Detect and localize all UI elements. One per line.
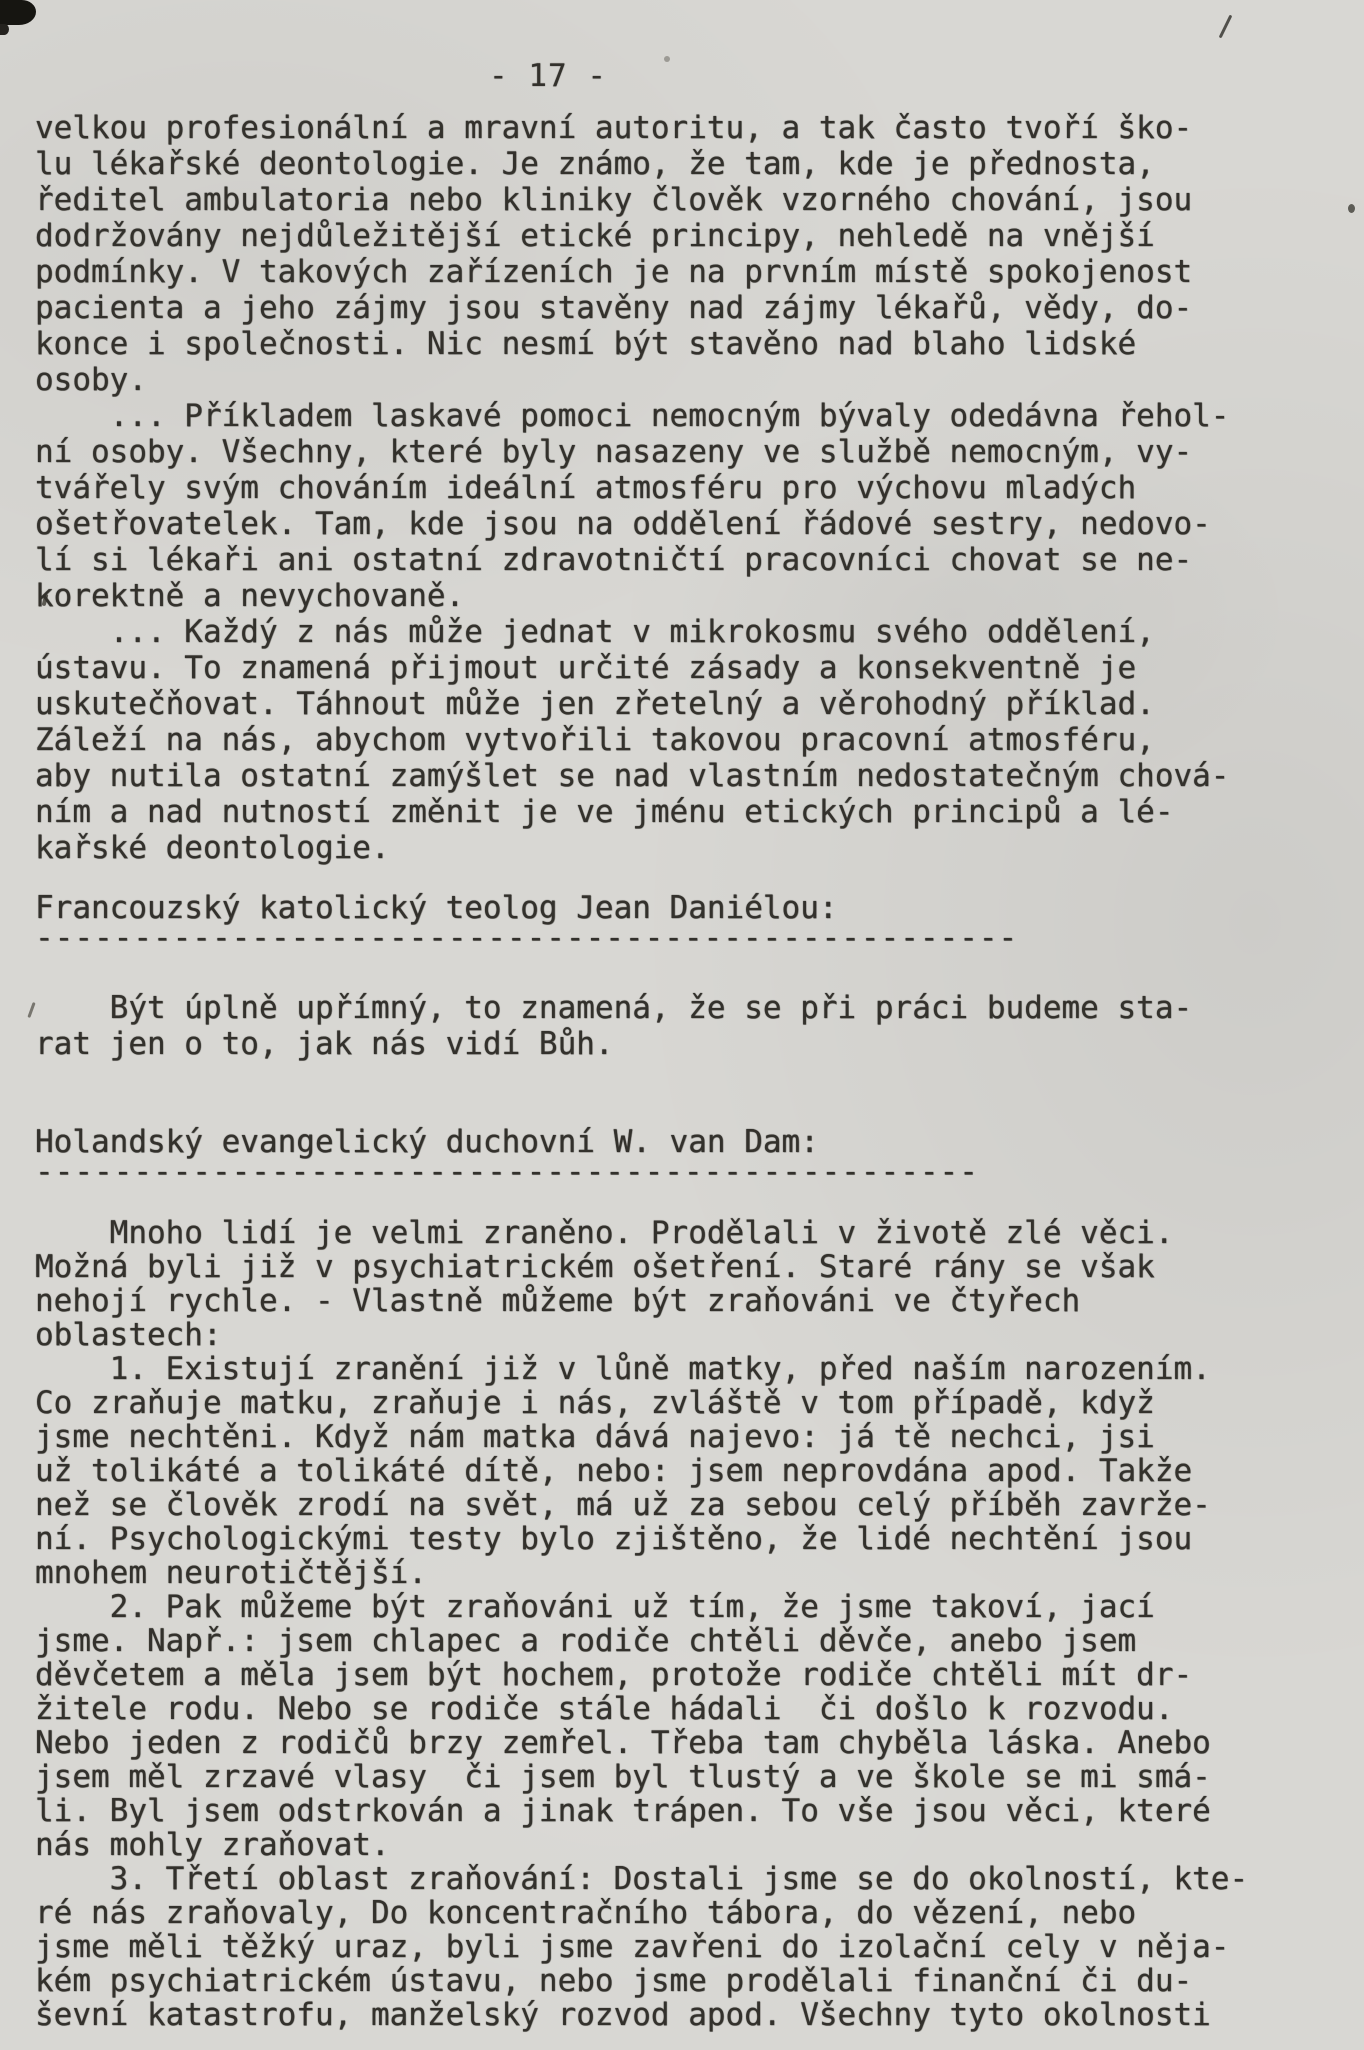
text-line: 2. Pak můžeme být zraňováni už tím, že j… — [35, 1590, 1364, 1624]
text-line: lu lékařské deontologie. Je známo, že ta… — [35, 146, 1364, 182]
text-line: ... Každý z nás může jednat v mikrokosmu… — [35, 614, 1364, 650]
text-line: jsem měl zrzavé vlasy či jsem byl tlustý… — [35, 1760, 1364, 1794]
text-line: Co zraňuje matku, zraňuje i nás, zvláště… — [35, 1386, 1364, 1420]
text-line: tvářely svým chováním ideální atmosféru … — [35, 470, 1364, 506]
text-line: kém psychiatrickém ústavu, nebo jsme pro… — [35, 1964, 1364, 1998]
text-line: ré nás zraňovaly, Do koncentračního tábo… — [35, 1896, 1364, 1930]
text-line: li. Byl jsem odstrkován a jinak trápen. … — [35, 1794, 1364, 1828]
text-line: konce i společnosti. Nic nesmí být stavě… — [35, 326, 1364, 362]
text-line: jsme měli těžký uraz, byli jsme zavřeni … — [35, 1930, 1364, 1964]
text-line: pacienta a jeho zájmy jsou stavěny nad z… — [35, 290, 1364, 326]
text-line: velkou profesionální a mravní autoritu, … — [35, 110, 1364, 146]
text-line: jsme nechtěni. Když nám matka dává najev… — [35, 1420, 1364, 1454]
paragraph-authority: velkou profesionální a mravní autoritu, … — [35, 110, 1364, 398]
text-line: už tolikáté a tolikáté dítě, nebo: jsem … — [35, 1454, 1364, 1488]
scan-artifact — [0, 0, 36, 25]
document-body: velkou profesionální a mravní autoritu, … — [0, 110, 1364, 2032]
text-line: mnohem neurotičtější. — [35, 1556, 1364, 1590]
paragraph-microcosm: ... Každý z nás může jednat v mikrokosmu… — [35, 614, 1364, 866]
text-line: uskutečňovat. Táhnout může jen zřetelný … — [35, 686, 1364, 722]
text-line: oblastech: — [35, 1318, 1364, 1352]
text-line: ševní katastrofu, manželský rozvod apod.… — [35, 1998, 1364, 2032]
text-line: nehojí rychle. - Vlastně můžeme být zraň… — [35, 1284, 1364, 1318]
text-line: rat jen o to, jak nás vidí Bůh. — [35, 1026, 1364, 1062]
text-line: ústavu. To znamená přijmout určité zásad… — [35, 650, 1364, 686]
heading-vandam-underline: ----------------------------------------… — [35, 1154, 1364, 1190]
text-line: nás mohly zraňovat. — [35, 1828, 1364, 1862]
scanned-document-page: - 17 - velkou profesionální a mravní aut… — [0, 0, 1364, 2050]
text-line: 3. Třetí oblast zraňování: Dostali jsme … — [35, 1862, 1364, 1896]
text-line: ním a nad nutností změnit je ve jménu et… — [35, 794, 1364, 830]
text-line: ní. Psychologickými testy bylo zjištěno,… — [35, 1522, 1364, 1556]
text-line: aby nutila ostatní zamýšlet se nad vlast… — [35, 758, 1364, 794]
text-line: ošetřovatelek. Tam, kde jsou na oddělení… — [35, 506, 1364, 542]
page-number: - 17 - — [489, 0, 1364, 94]
text-line: podmínky. V takových zařízeních je na pr… — [35, 254, 1364, 290]
heading-danielou-underline: ----------------------------------------… — [35, 920, 1364, 956]
text-line: děvčetem a měla jsem být hochem, protože… — [35, 1658, 1364, 1692]
paragraph-danielou: Být úplně upřímný, to znamená, že se při… — [35, 990, 1364, 1062]
text-line: Mnoho lidí je velmi zraněno. Prodělali v… — [35, 1216, 1364, 1250]
section-heading-danielou: Francouzský katolický teolog Jean Daniél… — [35, 890, 1364, 956]
text-line: než se člověk zrodí na svět, má už za se… — [35, 1488, 1364, 1522]
text-line: jsme. Např.: jsem chlapec a rodiče chtěl… — [35, 1624, 1364, 1658]
text-line: kařské deontologie. — [35, 830, 1364, 866]
text-line: Nebo jeden z rodičů brzy zemřel. Třeba t… — [35, 1726, 1364, 1760]
text-line: ředitel ambulatoria nebo kliniky člověk … — [35, 182, 1364, 218]
text-line: korektně a nevychovaně. — [35, 578, 1364, 614]
text-line: dodržovány nejdůležitější etické princip… — [35, 218, 1364, 254]
section-heading-vandam: Holandský evangelický duchovní W. van Da… — [35, 1124, 1364, 1190]
text-line: ní osoby. Všechny, které byly nasazeny v… — [35, 434, 1364, 470]
text-line: ... Příkladem laskavé pomoci nemocným bý… — [35, 398, 1364, 434]
text-line: lí si lékaři ani ostatní zdravotničtí pr… — [35, 542, 1364, 578]
text-line: osoby. — [35, 362, 1364, 398]
text-line: Být úplně upřímný, to znamená, že se při… — [35, 990, 1364, 1026]
text-line: Záleží na nás, abychom vytvořili takovou… — [35, 722, 1364, 758]
text-line: 1. Existují zranění již v lůně matky, př… — [35, 1352, 1364, 1386]
paragraph-vandam: Mnoho lidí je velmi zraněno. Prodělali v… — [35, 1216, 1364, 2032]
text-line: Možná byli již v psychiatrickém ošetření… — [35, 1250, 1364, 1284]
paragraph-example: ... Příkladem laskavé pomoci nemocným bý… — [35, 398, 1364, 614]
text-line: žitele rodu. Nebo se rodiče stále hádali… — [35, 1692, 1364, 1726]
